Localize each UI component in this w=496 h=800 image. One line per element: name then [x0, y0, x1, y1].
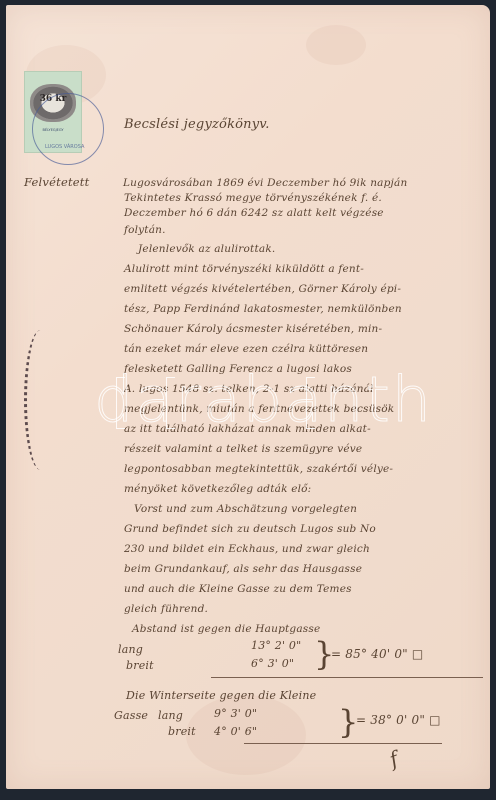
body-line: gleich führend. — [124, 603, 208, 615]
body-line: legpontosabban megtekintettük, szakértői… — [124, 463, 393, 475]
body-line: Grund befindet sich zu deutsch Lugos sub… — [124, 523, 376, 535]
body-line: beim Grundankauf, als sehr das Hausgasse — [124, 563, 362, 575]
body-line: Lugosvárosában 1869 évi Deczember hó 9ik… — [123, 177, 407, 189]
calc2-row1-prefix: Gasse — [114, 709, 148, 722]
divider-line — [244, 743, 442, 744]
body-line: Tekintetes Krassó megye törvényszékének … — [124, 192, 382, 204]
closing-mark: f — [386, 746, 401, 771]
official-seal-icon: LUGOS VÁROSA — [32, 93, 104, 165]
body-line: részeit valamint a telket is szemügyre v… — [124, 443, 362, 455]
paper-stain — [306, 25, 366, 65]
calc1-row2-label: breit — [126, 659, 154, 672]
calc1-row1-value: 13° 2' 0" — [251, 639, 301, 652]
body-line: tész, Papp Ferdinánd lakatosmester, nemk… — [124, 303, 402, 315]
calc1-result: = 85° 40' 0" □ — [331, 647, 423, 661]
watermark: darabanth — [94, 363, 433, 436]
calc2-result: = 38° 0' 0" □ — [356, 713, 441, 727]
body-line: Jelenlevők az alulirottak. — [138, 243, 275, 255]
binding-cord — [24, 330, 57, 470]
body-line: tán ezeket már eleve ezen czélra küttöre… — [124, 343, 368, 355]
calc2-row1-value: 9° 3' 0" — [214, 707, 257, 720]
body-line: Deczember hó 6 dán 6242 sz alatt kelt vé… — [124, 207, 384, 219]
body-line: Alulirott mint törvényszéki kiküldött a … — [124, 263, 364, 275]
body-line: 230 und bildet ein Eckhaus, und zwar gle… — [124, 543, 370, 555]
body-line: und auch die Kleine Gasse zu dem Temes — [124, 583, 352, 595]
body-line: Abstand ist gegen die Hauptgasse — [132, 623, 320, 635]
calc2-row2-label: breit — [168, 725, 196, 738]
calc1-row1-label: lang — [118, 643, 143, 656]
document-title: Becslési jegyzőkönyv. — [124, 117, 270, 132]
calc1-row2-value: 6° 3' 0" — [251, 657, 294, 670]
calc2-heading: Die Winterseite gegen die Kleine — [126, 689, 316, 702]
document-page: 36 kr BÉLYEGJEGY LUGOS VÁROSA Becslési j… — [6, 5, 490, 789]
body-line: folytán. — [124, 224, 166, 236]
calc2-row2-value: 4° 0' 6" — [214, 725, 257, 738]
seal-text: LUGOS VÁROSA — [45, 144, 84, 150]
divider-line — [211, 677, 483, 678]
body-line: Vorst und zum Abschätzung vorgelegten — [134, 503, 357, 515]
body-line: Schönauer Károly ácsmester kiséretében, … — [124, 323, 382, 335]
margin-note: Felvétetett — [24, 175, 89, 189]
calc2-row1-label: lang — [158, 709, 183, 722]
body-line: ményöket következőleg adták elő: — [124, 483, 311, 495]
body-line: emlitett végzés kivételertében, Görner K… — [124, 283, 401, 295]
